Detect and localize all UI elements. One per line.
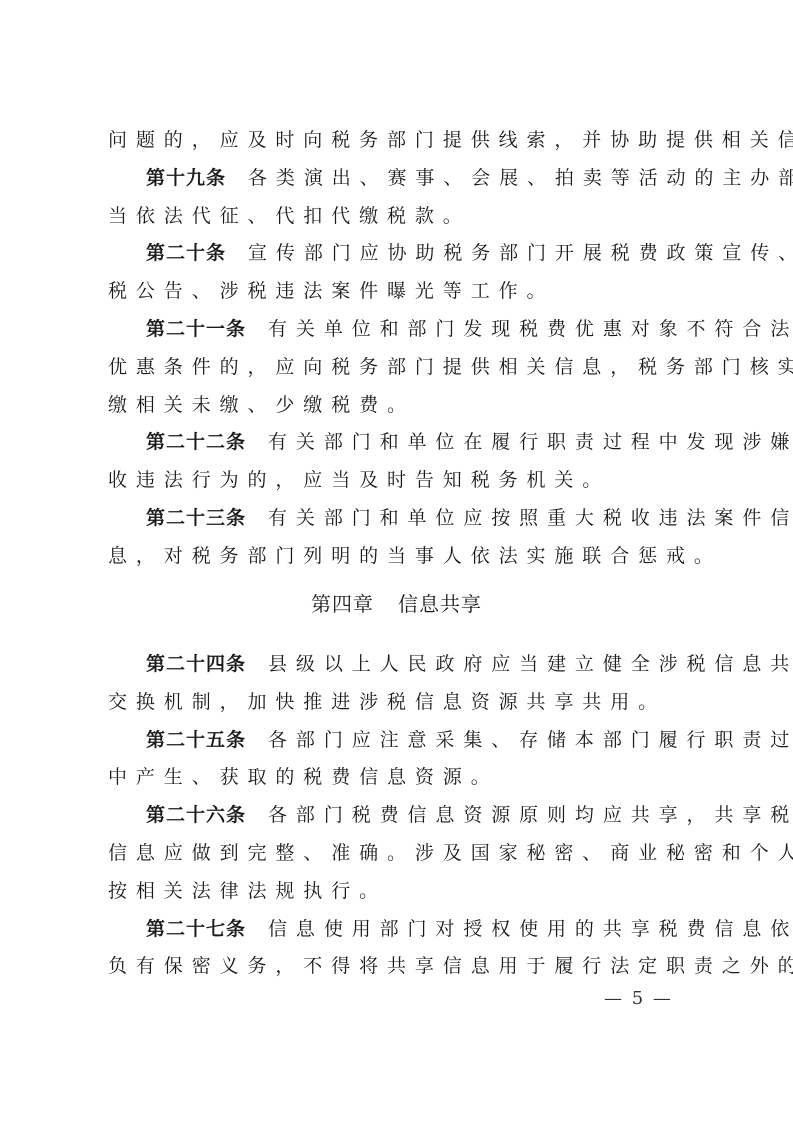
article-25: 第二十五条各部门应注意采集、存储本部门履行职责过程: [108, 722, 690, 760]
article-heading: 第十九条: [146, 167, 226, 189]
chapter-number: 第四章: [311, 592, 374, 616]
article-text: 宣传部门应协助税务部门开展税费政策宣传、欠: [248, 242, 793, 264]
paragraph-line: 当依法代征、代扣代缴税款。: [108, 198, 690, 236]
paragraph-line: 信息应做到完整、准确。涉及国家秘密、商业秘密和个人隐私的，: [108, 835, 690, 873]
article-text: 有关部门和单位在履行职责过程中发现涉嫌税: [268, 431, 793, 453]
paragraph-line: 息，对税务部门列明的当事人依法实施联合惩戒。: [108, 538, 690, 576]
paragraph-line: 问题的，应及时向税务部门提供线索，并协助提供相关信息。: [108, 122, 690, 160]
article-text: 有关单位和部门发现税费优惠对象不符合法定: [268, 318, 793, 340]
document-body-bottom: 第二十四条县级以上人民政府应当建立健全涉税信息共享 交换机制，加快推进涉税信息资…: [108, 646, 690, 986]
article-heading: 第二十三条: [146, 507, 246, 529]
paragraph-line: 交换机制，加快推进涉税信息资源共享共用。: [108, 684, 690, 722]
article-heading: 第二十五条: [146, 729, 246, 751]
article-26: 第二十六条各部门税费信息资源原则均应共享，共享税费: [108, 797, 690, 835]
chapter-heading: 第四章信息共享: [0, 589, 793, 619]
page-number: — 5 —: [604, 988, 673, 1009]
document-body-top: 问题的，应及时向税务部门提供线索，并协助提供相关信息。 第十九条各类演出、赛事、…: [108, 122, 690, 576]
article-text: 各部门税费信息资源原则均应共享，共享税费: [268, 804, 793, 826]
article-heading: 第二十条: [146, 242, 226, 264]
article-heading: 第二十七条: [146, 918, 246, 940]
paragraph-line: 收违法行为的，应当及时告知税务机关。: [108, 462, 690, 500]
article-21: 第二十一条有关单位和部门发现税费优惠对象不符合法定: [108, 311, 690, 349]
paragraph-line: 缴相关未缴、少缴税费。: [108, 387, 690, 425]
article-heading: 第二十一条: [146, 318, 246, 340]
article-20: 第二十条宣传部门应协助税务部门开展税费政策宣传、欠: [108, 235, 690, 273]
article-heading: 第二十六条: [146, 804, 246, 826]
article-19: 第十九条各类演出、赛事、会展、拍卖等活动的主办部门，应: [108, 160, 690, 198]
paragraph-line: 中产生、获取的税费信息资源。: [108, 759, 690, 797]
article-27: 第二十七条信息使用部门对授权使用的共享税费信息依法: [108, 911, 690, 949]
article-23: 第二十三条有关部门和单位应按照重大税收违法案件信: [108, 500, 690, 538]
paragraph-line: 按相关法律法规执行。: [108, 873, 690, 911]
article-text: 各部门应注意采集、存储本部门履行职责过程: [268, 729, 793, 751]
article-text: 各类演出、赛事、会展、拍卖等活动的主办部门，应: [248, 167, 793, 189]
article-text: 信息使用部门对授权使用的共享税费信息依法: [268, 918, 793, 940]
article-text: 有关部门和单位应按照重大税收违法案件信: [268, 507, 793, 529]
article-heading: 第二十四条: [146, 653, 246, 675]
article-heading: 第二十二条: [146, 431, 246, 453]
chapter-title: 信息共享: [398, 592, 482, 616]
article-22: 第二十二条有关部门和单位在履行职责过程中发现涉嫌税: [108, 424, 690, 462]
paragraph-line: 税公告、涉税违法案件曝光等工作。: [108, 273, 690, 311]
article-24: 第二十四条县级以上人民政府应当建立健全涉税信息共享: [108, 646, 690, 684]
article-text: 县级以上人民政府应当建立健全涉税信息共享: [268, 653, 793, 675]
paragraph-line: 优惠条件的，应向税务部门提供相关信息，税务部门核实后依法追: [108, 349, 690, 387]
paragraph-line: 负有保密义务，不得将共享信息用于履行法定职责之外的用途，不: [108, 948, 690, 986]
